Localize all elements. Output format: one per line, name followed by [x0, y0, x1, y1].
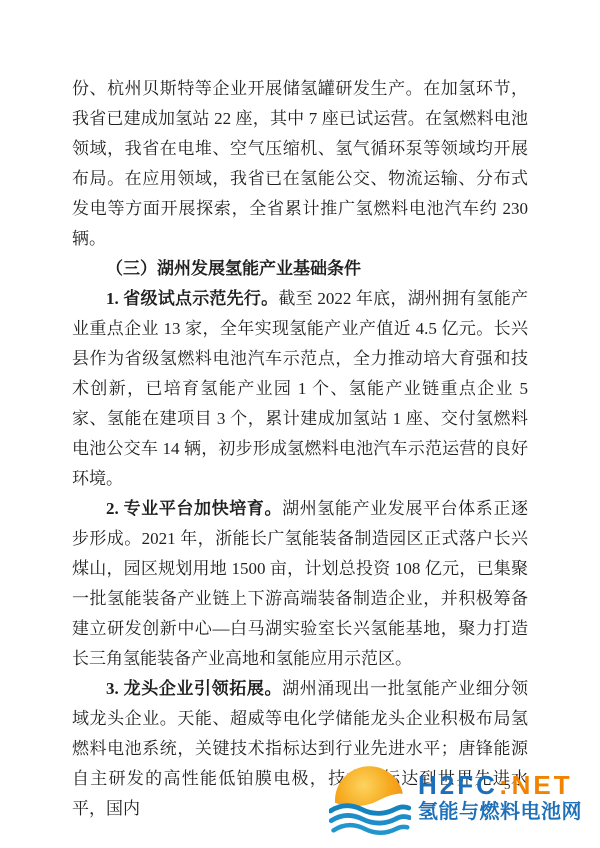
sun-waves-icon [329, 764, 411, 840]
document-body: 份、杭州贝斯特等企业开展储氢罐研发生产。在加氢环节，我省已建成加氢站 22 座，… [72, 74, 528, 824]
page-number: 5 [504, 777, 511, 792]
paragraph-item-1: 1. 省级试点示范先行。截至 2022 年底，湖州拥有氢能产业重点企业 13 家… [72, 284, 528, 494]
logo-tagline: 氢能与燃料电池网 [418, 800, 582, 824]
paragraph-lead: 2. 专业平台加快培育。 [106, 499, 282, 518]
logo-wordmark: H2FC:NET [418, 771, 582, 799]
paragraph-continuation: 份、杭州贝斯特等企业开展储氢罐研发生产。在加氢环节，我省已建成加氢站 22 座，… [72, 74, 528, 254]
logo-text: H2FC:NET 氢能与燃料电池网 [418, 771, 582, 824]
h2fc-logo: H2FC:NET 氢能与燃料电池网 [329, 764, 582, 840]
document-page: 份、杭州贝斯特等企业开展储氢罐研发生产。在加氢环节，我省已建成加氢站 22 座，… [0, 0, 600, 848]
paragraph-text: 截至 2022 年底，湖州拥有氢能产业重点企业 13 家，全年实现氢能产业产值近… [72, 289, 528, 488]
logo-wordmark-secondary: NET [512, 770, 573, 800]
paragraph-text: 份、杭州贝斯特等企业开展储氢罐研发生产。在加氢环节，我省已建成加氢站 22 座，… [72, 79, 528, 248]
section-heading: （三）湖州发展氢能产业基础条件 [72, 254, 528, 284]
paragraph-text: 湖州氢能产业发展平台体系正逐步形成。2021 年，浙能长广氢能装备制造园区正式落… [72, 499, 528, 668]
paragraph-item-2: 2. 专业平台加快培育。湖州氢能产业发展平台体系正逐步形成。2021 年，浙能长… [72, 494, 528, 674]
paragraph-lead: 3. 龙头企业引领拓展。 [106, 679, 282, 698]
paragraph-lead: 1. 省级试点示范先行。 [106, 289, 278, 308]
logo-wordmark-primary: H2FC [418, 770, 498, 800]
section-heading-text: （三）湖州发展氢能产业基础条件 [106, 259, 361, 278]
